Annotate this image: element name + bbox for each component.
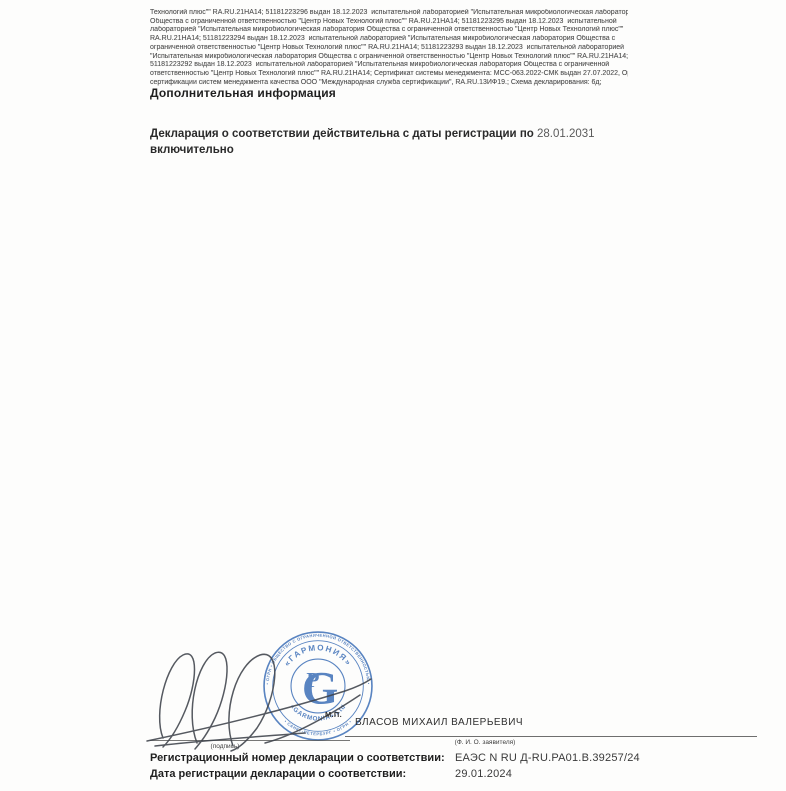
lab-info-line: RA.RU.21HA14; 51181223294 выдан 18.12.20… — [150, 35, 628, 44]
lab-info-line: ответственностью "Центр Новых Технологий… — [150, 70, 628, 79]
declaration-document-page: Технологий плюс"" RA.RU.21HA14; 51181223… — [0, 0, 786, 791]
applicant-name: ВЛАСОВ МИХАИЛ ВАЛЕРЬЕВИЧ — [355, 717, 523, 728]
mp-seal-place-label: М.П. — [325, 710, 342, 719]
validity-text: Декларация о соответствии действительна … — [150, 128, 534, 140]
lab-info-line: Технологий плюс"" RA.RU.21HA14; 51181223… — [150, 9, 628, 18]
lab-info-line: 51181223292 выдан 18.12.2023 испытательн… — [150, 61, 628, 70]
validity-suffix: включительно — [150, 144, 234, 156]
lab-info-line: Общества с ограниченной ответственностью… — [150, 18, 628, 27]
validity-date: 28.01.2031 — [537, 128, 595, 140]
validity-statement: Декларация о соответствии действительна … — [150, 126, 650, 158]
registration-date-label: Дата регистрации декларации о соответств… — [150, 766, 455, 782]
lab-info-line: лабораторией "Испытательная микробиологи… — [150, 26, 628, 35]
registration-date-value: 29.01.2024 — [455, 766, 765, 782]
applicant-name-caption: (Ф. И. О. заявителя) — [415, 739, 555, 746]
additional-info-heading: Дополнительная информация — [150, 86, 336, 100]
name-underline — [345, 736, 757, 737]
lab-info-line: ограниченной ответственностью "Центр Нов… — [150, 44, 628, 53]
registration-number-value: ЕАЭС N RU Д-RU.РА01.В.39257/24 — [455, 750, 765, 766]
lab-info-line: "Испытательная микробиологическая лабора… — [150, 53, 628, 62]
laboratory-info-paragraph: Технологий плюс"" RA.RU.21HA14; 51181223… — [150, 9, 628, 87]
handwritten-signature — [145, 643, 375, 755]
registration-date-row: Дата регистрации декларации о соответств… — [150, 766, 765, 782]
